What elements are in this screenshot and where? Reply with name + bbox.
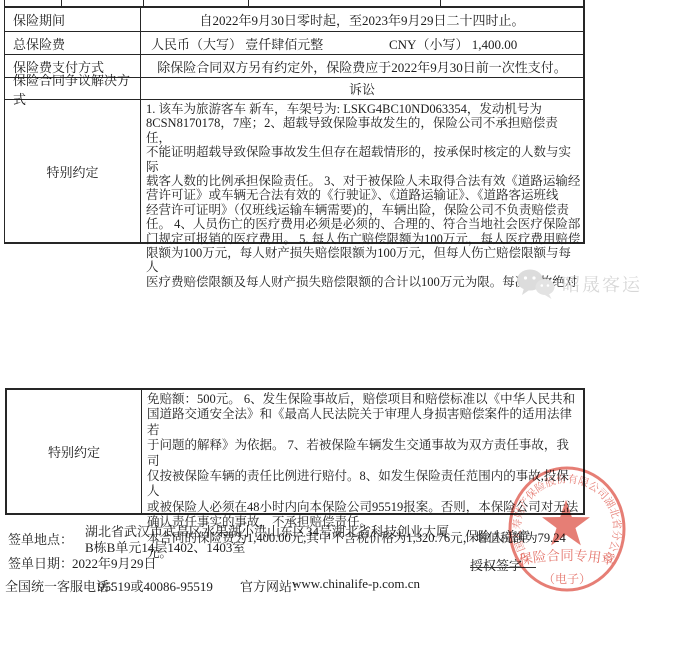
special-agreement-text-1: 1. 该车为旅游客车 新车，车架号为: LSKG4BC10ND063354，发动… [141,100,583,242]
row-insurance-period: 保险期间 自2022年9月30日零时起，至2023年9月29日二十四时止。 [5,8,583,32]
seal-electronic-text: （电子） [543,571,591,586]
row-label: 保险期间 [5,8,141,31]
sign-place-label: 签单地点： [8,529,73,548]
premium-in-figures: CNY（小写） 1,400.00 [389,34,517,53]
total-premium-value: 人民币（大写） 壹仟肆佰元整 CNY（小写） 1,400.00 [141,32,583,54]
stub-cell [144,0,249,6]
insurance-policy-document: 保险期间 自2022年9月30日零时起，至2023年9月29日二十四时止。 总保… [0,0,684,655]
svg-text:保险合同专用章: 保险合同专用章 [518,548,616,568]
row-label: 特别约定 [7,390,142,513]
stub-cell [62,0,144,6]
electronic-contract-seal: 中国人寿财产保险股份有限公司湖北省分公司 保险合同专用章 （电子） [497,459,637,599]
website-value: www.chinalife-p.com.cn [292,576,420,592]
sign-date-value: 2022年9月29日 [72,553,157,572]
row-label: 保险合同争议解决方式 [5,78,141,99]
row-total-premium: 总保险费 人民币（大写） 壹仟肆佰元整 CNY（小写） 1,400.00 [5,32,583,55]
seal-title-text: 保险合同专用章 [518,548,616,568]
insurance-period-value: 自2022年9月30日零时起，至2023年9月29日二十四时止。 [141,8,583,31]
payment-method-value: 除保险合同双方另有约定外，保险费应于2022年9月30日前一次性支付。 [141,55,583,77]
stub-cell [441,0,583,6]
row-label: 特别约定 [5,100,141,242]
chat-bubbles-icon [516,268,556,300]
hotline-value: 95519或40086-95519 [98,576,213,595]
premium-in-words: 人民币（大写） 壹仟肆佰元整 [151,34,323,53]
seal-star-icon [542,500,590,546]
row-special-agreement-1: 特别约定 1. 该车为旅游客车 新车，车架号为: LSKG4BC10ND0633… [5,100,583,244]
sign-date-label: 签单日期： [8,553,73,572]
policy-info-table: 保险期间 自2022年9月30日零时起，至2023年9月29日二十四时止。 总保… [4,0,585,244]
stub-cell [5,0,62,6]
stub-cell [249,0,441,6]
row-dispute-resolution: 保险合同争议解决方式 诉讼 [5,78,583,100]
watermark-text: 昭晟客运 [562,271,642,297]
watermark: 昭晟客运 [516,268,642,300]
dispute-resolution-value: 诉讼 [141,78,583,99]
cutoff-row [5,0,583,8]
row-label: 总保险费 [5,32,141,54]
